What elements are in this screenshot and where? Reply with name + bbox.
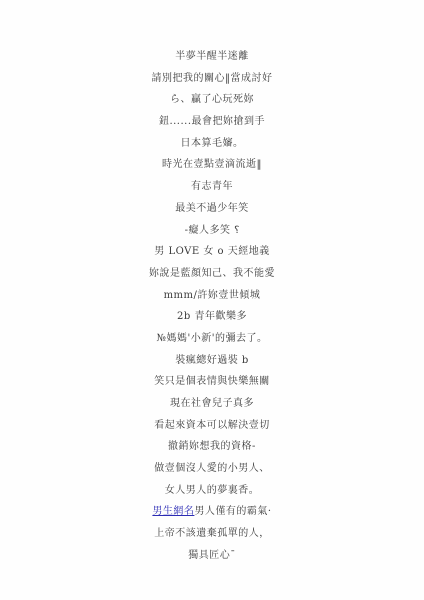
signature-line: 請別把我的關心‖當成討好 (0, 68, 424, 90)
signature-line: mmm/許妳壹世傾城 (0, 285, 424, 307)
signature-line: 裝瘋總好過裝 b (0, 350, 424, 372)
signature-line-text: 男人僅有的霸氣· (194, 506, 271, 517)
signature-line: 現在社會兒子真多 (0, 393, 424, 415)
signature-line: 有志青年 (0, 176, 424, 198)
signature-line: 2b 青年歡樂多 (0, 306, 424, 328)
signature-line: 撤銷妳想我的資格- (0, 436, 424, 458)
signature-line: ら、贏了心玩死妳 (0, 89, 424, 111)
signature-line: 時光在壹點壹滴流逝‖ (0, 154, 424, 176)
signature-line: 笑只是個表情與快樂無關 (0, 371, 424, 393)
signature-line: 半夢半醒半迷離 (0, 46, 424, 68)
signature-line: 妳說是藍顏知己、我不能愛 (0, 263, 424, 285)
signature-line: 看起來資本可以解決壹切 (0, 415, 424, 437)
signature-line: 鈕......最會把妳搶到手 (0, 111, 424, 133)
signature-line: 上帝不該遺棄孤單的人， (0, 523, 424, 545)
document-page: 半夢半醒半迷離 請別把我的關心‖當成討好 ら、贏了心玩死妳 鈕......最會把… (0, 0, 424, 600)
signature-line: 日本算毛嬸。 (0, 133, 424, 155)
signature-line: 做壹個沒人愛的小男人、 (0, 458, 424, 480)
signature-line-with-link: 男生網名男人僅有的霸氣· (0, 501, 424, 523)
signature-line: -癡人多笑 ؟ (0, 220, 424, 242)
signature-line: №媽媽'小新'的彌去了。 (0, 328, 424, 350)
signature-line: 女人男人的夢裏香。 (0, 480, 424, 502)
signature-line: 獨具匠心ˉ (0, 545, 424, 567)
signature-line: 男 LOVE 女 o 天經地義 (0, 241, 424, 263)
boys-nickname-link[interactable]: 男生網名 (152, 506, 194, 517)
signature-line: 最美不過少年笑 (0, 198, 424, 220)
